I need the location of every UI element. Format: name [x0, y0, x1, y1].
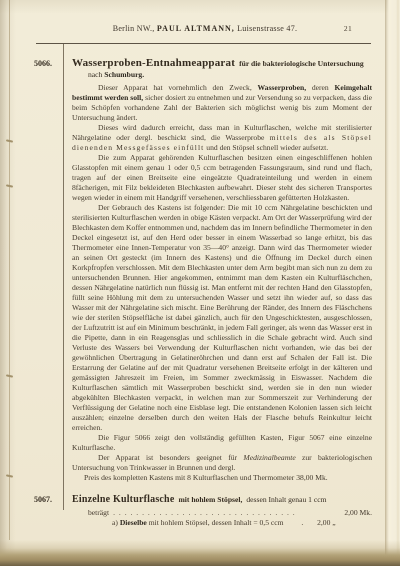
column-rule: [63, 44, 64, 510]
scanned-catalog-page: Berlin NW., PAUL ALTMANN, Luisenstrasse …: [0, 0, 400, 566]
price-value: 2,00 Mk.: [344, 508, 372, 518]
paragraph: Der Apparat ist besonders geeignet für M…: [72, 453, 372, 473]
variant-line: a) Dieselbe mit hohlem Stöpsel, dessen I…: [112, 518, 372, 528]
ditto-mark: „: [332, 518, 335, 527]
paragraph: Preis des kompletten Kastens mit 8 Kultu…: [72, 473, 372, 483]
paragraph: Die zum Apparat gehörenden Kulturflasche…: [72, 153, 372, 203]
page-bottom-edge: [0, 540, 400, 566]
item-title-main: Einzelne Kulturflasche: [72, 494, 174, 505]
catalog-item-5067: 5067. Einzelne Kulturflasche mit hohlem …: [72, 492, 372, 528]
subtitle-name: Schumburg.: [104, 70, 144, 79]
paragraph: Die Figur 5066 zeigt den vollständig gef…: [72, 433, 372, 453]
variant-dot: .: [301, 518, 303, 527]
text-segment: Die zum Apparat gehörenden Kulturflasche…: [72, 153, 372, 202]
publisher-city: Berlin NW.,: [113, 24, 155, 33]
paragraph: Dieser Apparat hat vornehmlich den Zweck…: [72, 83, 372, 123]
catalog-number: 5066.: [34, 59, 52, 68]
page-number: 21: [344, 24, 352, 33]
paragraph: Dieses wird dadurch erreicht, dass man i…: [72, 123, 372, 153]
text-segment: Der Gebrauch des Kastens ist folgender: …: [72, 203, 372, 432]
text-segment: Dieser Apparat hat vornehmlich den Zweck…: [98, 83, 258, 92]
variant-name: Dieselbe: [120, 518, 147, 527]
variant-text: mit hohlem Stöpsel, dessen Inhalt = 0,5 …: [149, 518, 284, 527]
page-header: Berlin NW., PAUL ALTMANN, Luisenstrasse …: [40, 24, 370, 38]
publisher-name: PAUL ALTMANN,: [157, 24, 235, 33]
dot-leader: . . . . . . . . . . . . . . . . . . . . …: [109, 508, 344, 518]
catalog-item-5066: 5066. Wasserproben-Entnahmeapparat für d…: [72, 56, 372, 483]
item-title: Wasserproben-Entnahmeapparat für die bak…: [72, 56, 372, 80]
item-title-main: Wasserproben-Entnahmeapparat: [72, 57, 235, 69]
text-segment: deren: [306, 83, 334, 92]
text-segment: Die Figur 5066 zeigt den vollständig gef…: [72, 433, 372, 452]
item-subtitle: nach Schumburg.: [88, 69, 372, 80]
item-title-suffix: für die bakteriologische Untersuchung: [239, 59, 364, 68]
price-line: beträgt . . . . . . . . . . . . . . . . …: [88, 508, 372, 518]
subtitle-prefix: nach: [88, 70, 102, 79]
text-segment: Preis des kompletten Kastens mit 8 Kultu…: [84, 473, 328, 482]
text-segment: und den Stöpsel schnell wieder aufsetzt.: [204, 143, 328, 152]
publisher-street: Luisenstrasse 47.: [237, 24, 297, 33]
item-title-bold: mit hohlem Stöpsel,: [178, 495, 242, 504]
variant-prefix: a): [112, 518, 118, 527]
text-segment: Wasserproben,: [258, 83, 307, 92]
page-right-edge: [385, 0, 400, 566]
text-segment: Medizinalbeamte: [243, 453, 295, 462]
item-title-rest: dessen Inhalt genau 1 ccm: [246, 495, 326, 504]
item-description: Dieser Apparat hat vornehmlich den Zweck…: [72, 83, 372, 483]
text-segment: Der Apparat ist besonders geeignet für: [98, 453, 243, 462]
variant-price: 2,00: [317, 518, 330, 527]
catalog-content: 5066. Wasserproben-Entnahmeapparat für d…: [0, 44, 400, 528]
price-label: beträgt: [88, 508, 109, 518]
item-title: Einzelne Kulturflasche mit hohlem Stöpse…: [72, 492, 372, 505]
paragraph: Der Gebrauch des Kastens ist folgender: …: [72, 203, 372, 433]
catalog-number: 5067.: [34, 495, 52, 504]
